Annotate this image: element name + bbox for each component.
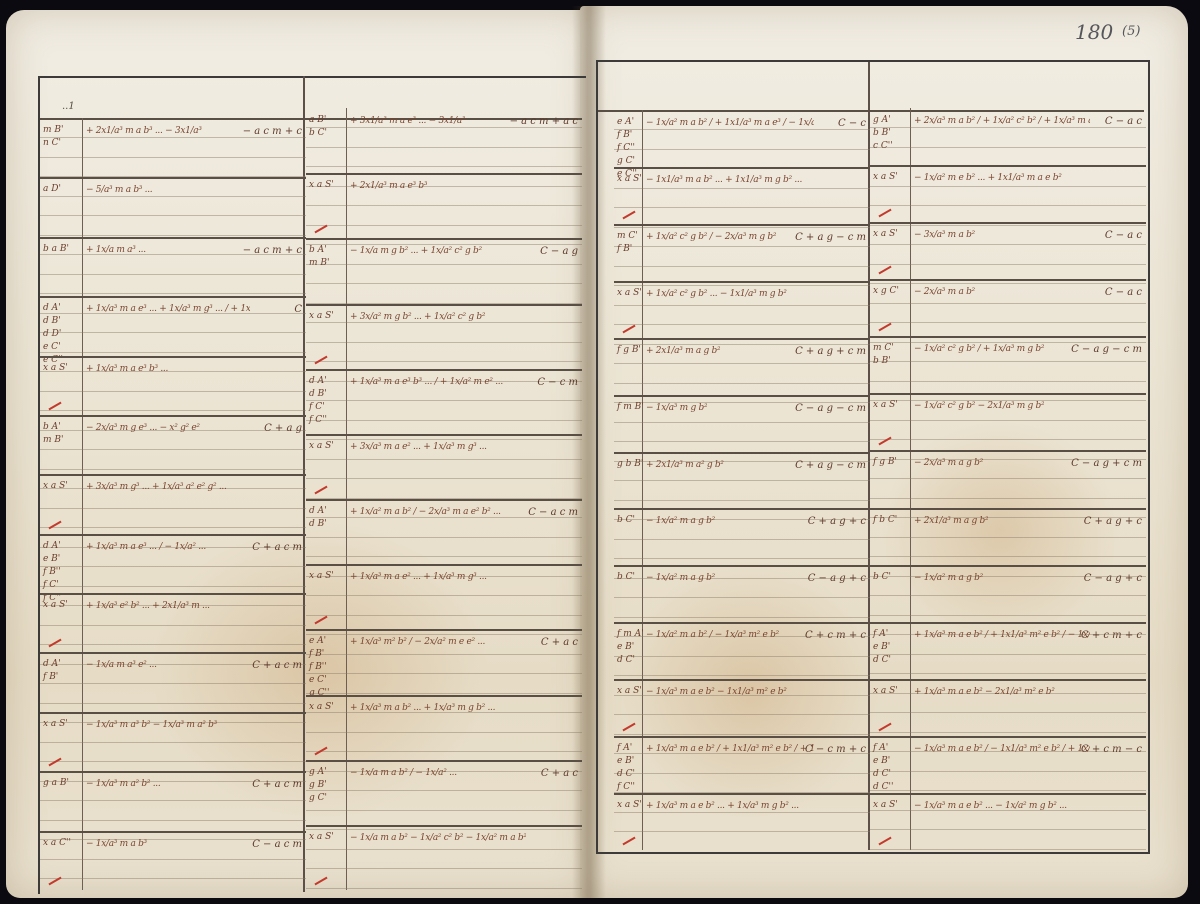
row-expression: + 2x1/a³ m a g b² xyxy=(646,346,720,356)
row-label: f b C' xyxy=(873,514,909,527)
row-expression: + 1x/a³ m a b² ... + 1x/a³ m g b² ... xyxy=(350,703,495,713)
row-label: f m A' e B' d C' xyxy=(617,628,641,667)
row-annotation: C + a g − c m xyxy=(795,232,866,243)
ruled-line xyxy=(614,266,870,267)
ruled-line xyxy=(870,186,1146,187)
row-divider xyxy=(40,771,306,773)
row-annotation: C − a g + c m xyxy=(1071,458,1142,469)
row-divider xyxy=(870,736,1146,738)
row-annotation: C − c m + c xyxy=(805,744,866,755)
ruled-line xyxy=(306,888,582,889)
row-label: x g C' xyxy=(873,285,909,298)
row-annotation: C − c xyxy=(838,118,866,129)
row-label: x a S' xyxy=(309,831,345,844)
row-annotation: C + a c xyxy=(541,637,578,648)
row-expression: + 2x1/a³ m a² g b² xyxy=(646,460,724,470)
ruled-line xyxy=(40,878,306,879)
ruled-line xyxy=(614,714,870,715)
row-divider xyxy=(40,474,306,476)
row-expression: − 1x/a³ m g b² xyxy=(646,403,707,413)
row-label: x a S' xyxy=(43,362,81,375)
ruled-line xyxy=(870,322,1146,323)
row-label: f g B' xyxy=(873,456,909,469)
row-expression: − 1x/a² m a g b² xyxy=(646,516,715,526)
row-divider xyxy=(40,712,306,714)
ruled-line xyxy=(870,361,1146,362)
ruled-line xyxy=(870,849,1146,850)
row-label: g A' g B' g C' xyxy=(309,766,345,805)
ruled-line xyxy=(306,829,582,830)
row-label: e A' f B' f C'' g C' e C'' xyxy=(617,116,641,181)
ruled-line xyxy=(306,400,582,401)
row-annotation: C − a g − c m xyxy=(795,403,866,414)
ruled-line xyxy=(614,441,870,442)
ruled-line xyxy=(614,324,870,325)
row-label: x a S' xyxy=(873,171,909,184)
ruled-line xyxy=(870,244,1146,245)
ruled-line xyxy=(614,305,870,306)
row-divider xyxy=(870,679,1146,681)
row-divider xyxy=(306,695,582,697)
row-expression: − 1x1/a³ m a b² ... + 1x1/a³ m g b² ... xyxy=(646,175,802,185)
row-divider xyxy=(614,452,870,454)
row-divider xyxy=(614,679,870,681)
row-expression: − 1x/a³ m a³ b² − 1x/a³ m a² b³ xyxy=(86,720,217,730)
row-expression: − 2x/a³ m g e³ ... − x² g² e² xyxy=(86,423,200,433)
ruled-line xyxy=(306,205,582,206)
ruled-line xyxy=(306,751,582,752)
page-number: 180 xyxy=(1075,20,1113,44)
row-divider xyxy=(614,224,870,226)
row-expression: + 1x/a m a³ ... xyxy=(86,245,146,255)
row-label: f A' e B' d C' d C'' xyxy=(873,742,909,794)
row-label: x a S' xyxy=(617,173,641,186)
ruled-line xyxy=(614,344,870,345)
row-expression: − 1x/a m a b² − 1x/a² c² b² − 1x/a² m a … xyxy=(350,833,526,843)
ruled-line xyxy=(40,469,306,470)
row-label: x a S' xyxy=(309,440,345,453)
ruled-line xyxy=(614,246,870,247)
ruled-line xyxy=(40,391,306,392)
row-divider xyxy=(614,338,870,340)
ruled-line xyxy=(306,459,582,460)
row-annotation: C − a g − c m xyxy=(1071,344,1142,355)
row-divider xyxy=(614,281,870,283)
row-annotation: C + c m + c xyxy=(805,630,866,641)
row-annotation: C + c m − c xyxy=(1081,744,1142,755)
row-expression: + 3x/a³ m g³ ... + 1x/a³ a² e² g² ... xyxy=(86,482,227,492)
row-expression: + 1x/a³ m a e³ ... + 1x/a³ m g³ ... / + … xyxy=(86,304,250,314)
row-expression: − 1x/a³ m a e b² − 1x1/a³ m² e b² xyxy=(646,687,787,697)
ruled-line xyxy=(306,537,582,538)
row-annotation: C − a c xyxy=(1105,230,1142,241)
ruled-line xyxy=(40,215,306,216)
ruled-line xyxy=(40,625,306,626)
row-label: g A' b B' c C'' xyxy=(873,114,909,153)
row-divider xyxy=(306,760,582,762)
row-label: x a S' xyxy=(617,685,641,698)
row-expression: + 1x/a³ m a e³ ... / − 1x/a² ... xyxy=(86,542,206,552)
ruled-line xyxy=(306,186,582,187)
row-expression: + 1x/a³ m a e³ b³ ... / + 1x/a² m e² ... xyxy=(350,377,503,387)
row-annotation: C − a c m xyxy=(252,839,302,850)
ruled-line xyxy=(40,820,306,821)
ruled-line xyxy=(40,800,306,801)
row-label: d A' d B' f C' f C'' xyxy=(309,375,345,427)
ruled-line xyxy=(870,654,1146,655)
row-expression: − 1x/a² c² g b² − 2x1/a³ m g b² xyxy=(914,401,1044,411)
row-expression: + 1x/a³ m a e b² ... + 1x/a³ m g b² ... xyxy=(646,801,799,811)
ruled-line xyxy=(870,420,1146,421)
row-annotation: C xyxy=(294,304,302,315)
column-divider xyxy=(303,76,305,892)
ruled-line xyxy=(306,147,582,148)
row-divider xyxy=(306,499,582,501)
row-annotation: C + a g + c m xyxy=(795,346,866,357)
row-expression: − 2x/a³ m a g b² xyxy=(914,458,983,468)
ruled-line xyxy=(870,712,1146,713)
row-annotation: C + c m + c xyxy=(1081,630,1142,641)
ruled-line xyxy=(306,127,582,128)
row-annotation: C + a c m xyxy=(252,660,302,671)
row-divider xyxy=(40,831,306,833)
row-label: b C' xyxy=(873,571,909,584)
row-label: x a S' xyxy=(873,799,909,812)
row-divider xyxy=(614,565,870,567)
row-annotation: C + a g − c m xyxy=(795,460,866,471)
ruled-line xyxy=(614,675,870,676)
row-divider xyxy=(306,369,582,371)
ruled-line xyxy=(40,508,306,509)
ruled-line xyxy=(870,595,1146,596)
row-annotation: C − a c xyxy=(1105,116,1142,127)
row-annotation: C + a c xyxy=(541,768,578,779)
ruled-line xyxy=(306,556,582,557)
row-label: x a S' xyxy=(43,599,81,612)
row-expression: + 3x/a³ m a e² ... + 1x/a³ m g³ ... xyxy=(350,442,487,452)
row-expression: + 1x/a² m a b² / − 2x/a³ m a e² b² ... xyxy=(350,507,501,517)
row-expression: − 1x/a² m a g b² xyxy=(646,573,715,583)
row-label: m C' b B' xyxy=(873,342,909,368)
ruled-line xyxy=(614,129,870,130)
ruled-line xyxy=(614,831,870,832)
row-label: x a S' xyxy=(617,287,641,300)
row-divider xyxy=(306,434,582,436)
ruled-line xyxy=(614,149,870,150)
ruled-line xyxy=(614,812,870,813)
ruled-line xyxy=(614,617,870,618)
ruled-line xyxy=(614,539,870,540)
row-divider xyxy=(614,793,870,795)
row-divider xyxy=(614,508,870,510)
page-number-suffix: (5) xyxy=(1122,24,1140,39)
row-divider xyxy=(870,279,1146,281)
ruled-line xyxy=(40,274,306,275)
row-annotation: C − a g + c xyxy=(1084,573,1142,584)
ruled-line xyxy=(614,734,870,735)
ruled-line xyxy=(306,322,582,323)
row-label: f g B' xyxy=(617,344,641,357)
ruled-line xyxy=(40,235,306,236)
ruled-line xyxy=(870,537,1146,538)
row-divider xyxy=(40,534,306,536)
row-expression: + 2x1/a³ m a g b² xyxy=(914,516,988,526)
row-label: m C' f B' xyxy=(617,230,641,256)
row-label: f A' e B' d C' f C'' xyxy=(617,742,641,794)
label-column-divider xyxy=(910,108,911,850)
ruled-line xyxy=(306,732,582,733)
row-divider xyxy=(870,508,1146,510)
row-divider xyxy=(614,395,870,397)
row-divider xyxy=(870,222,1146,224)
ruled-line xyxy=(870,673,1146,674)
row-annotation: C + a g xyxy=(264,423,302,434)
ruled-line xyxy=(40,449,306,450)
row-expression: + 1x/a³ m a e³ b³ ... xyxy=(86,364,168,374)
row-annotation: C − a g xyxy=(540,246,578,257)
row-annotation: C + a g + c xyxy=(1084,516,1142,527)
ruled-line xyxy=(614,422,870,423)
row-expression: + 2x1/a³ m a b³ ... − 3x1/a³ xyxy=(86,126,202,136)
row-divider xyxy=(306,564,582,566)
ruled-line xyxy=(870,342,1146,343)
header-rule xyxy=(598,110,1144,112)
ruled-line xyxy=(306,420,582,421)
ruled-line xyxy=(306,868,582,869)
row-divider xyxy=(40,296,306,298)
row-label: x a S' xyxy=(309,310,345,323)
row-expression: − 1x/a m a b² / − 1x/a² ... xyxy=(350,768,457,778)
ruled-line xyxy=(306,615,582,616)
row-divider xyxy=(306,238,582,240)
row-label: b A' m B' xyxy=(309,244,345,270)
row-expression: + 1x/a³ m² b² / − 2x/a² m e e² ... xyxy=(350,637,485,647)
ruled-line xyxy=(40,527,306,528)
ruled-line xyxy=(870,381,1146,382)
row-expression: − 1x/a³ m a b³ xyxy=(86,839,147,849)
row-divider xyxy=(306,825,582,827)
ruled-line xyxy=(870,478,1146,479)
ruled-line xyxy=(614,285,870,286)
row-divider xyxy=(614,622,870,624)
row-expression: + 1x/a³ m a e b² − 2x1/a³ m² e b² xyxy=(914,687,1055,697)
ruled-line xyxy=(306,439,582,440)
row-divider xyxy=(40,356,306,358)
row-expression: + 1x/a³ e² b² ... + 2x1/a³ m ... xyxy=(86,601,210,611)
ruled-line xyxy=(614,363,870,364)
row-expression: − 1x/a² m a b² / − 1x/a³ m² e b² xyxy=(646,630,779,640)
row-label: x a C'' xyxy=(43,837,81,850)
row-divider xyxy=(306,173,582,175)
row-expression: + 3x/a² m g b² ... + 1x/a² c² g b² xyxy=(350,312,485,322)
ruled-line xyxy=(40,742,306,743)
row-expression: − 1x/a m a³ e² ... xyxy=(86,660,157,670)
row-label: d A' f B' xyxy=(43,658,81,684)
row-annotation: − a c m + c xyxy=(243,245,302,256)
ruled-line xyxy=(40,644,306,645)
row-label: b a B' xyxy=(43,243,81,256)
ruled-line xyxy=(870,790,1146,791)
row-expression: − 5/a³ m a b³ ... xyxy=(86,185,152,195)
ruled-line xyxy=(306,283,582,284)
row-divider xyxy=(870,450,1146,452)
row-expression: + 1x/a³ m a e b² / + 1x1/a³ m² e b² / + … xyxy=(646,744,814,754)
row-expression: − 1x/a³ m a² b² ... xyxy=(86,779,160,789)
row-divider xyxy=(306,304,582,306)
ruled-line xyxy=(306,693,582,694)
ruled-line xyxy=(870,615,1146,616)
ruled-line xyxy=(306,810,582,811)
row-expression: − 1x/a³ m a e b² ... − 1x/a² m g b² ... xyxy=(914,801,1067,811)
row-annotation: − a c m + c xyxy=(243,126,302,137)
row-annotation: C − a g + c xyxy=(808,573,866,584)
row-divider xyxy=(870,622,1146,624)
ruled-line xyxy=(870,303,1146,304)
ruled-line xyxy=(40,703,306,704)
ruled-line xyxy=(870,829,1146,830)
row-divider xyxy=(870,165,1146,167)
row-annotation: C + a c m xyxy=(252,779,302,790)
row-label: x a S' xyxy=(309,179,345,192)
row-label: x a S' xyxy=(873,228,909,241)
row-label: x a S' xyxy=(873,685,909,698)
row-label: b A' m B' xyxy=(43,421,81,447)
row-expression: − 2x/a³ m a b² xyxy=(914,287,975,297)
row-divider xyxy=(40,415,306,417)
ruled-line xyxy=(306,264,582,265)
row-annotation: C − a c xyxy=(1105,287,1142,298)
ruled-line xyxy=(870,147,1146,148)
ruled-line xyxy=(870,205,1146,206)
ruled-line xyxy=(306,166,582,167)
ruled-line xyxy=(870,732,1146,733)
row-expression: + 3x1/a³ m a e³ ... − 3x1/a³ xyxy=(350,116,465,126)
row-label: g a B' xyxy=(43,777,81,790)
row-divider xyxy=(870,565,1146,567)
row-label: e A' f B' f B'' e C' g C'' xyxy=(309,635,345,700)
ruled-line xyxy=(306,595,582,596)
row-label: g b B' xyxy=(617,458,641,471)
ruled-line xyxy=(306,654,582,655)
row-expression: + 1x/a² c² g b² ... − 1x1/a³ m g b² xyxy=(646,289,787,299)
row-expression: + 1x/a³ m a e² ... + 1x/a³ m g³ ... xyxy=(350,572,487,582)
ruled-line xyxy=(40,410,306,411)
ruled-line xyxy=(614,383,870,384)
ruled-line xyxy=(40,157,306,158)
row-expression: − 1x/a m g b² ... + 1x/a² c² g b² xyxy=(350,246,482,256)
row-annotation: − a c m + a c xyxy=(510,116,578,127)
ruled-line xyxy=(306,244,582,245)
row-divider xyxy=(306,629,582,631)
ruled-line xyxy=(306,849,582,850)
row-label: a B' b C' xyxy=(309,114,345,140)
row-divider xyxy=(40,593,306,595)
ruled-line xyxy=(614,227,870,228)
row-divider xyxy=(870,393,1146,395)
row-expression: − 1x/a² m a b² / + 1x1/a³ m a e³ / − 1x/… xyxy=(646,118,814,128)
ruled-line xyxy=(870,127,1146,128)
ruled-line xyxy=(614,500,870,501)
row-label: x a S' xyxy=(309,701,345,714)
row-annotation: C + a g + c xyxy=(808,516,866,527)
row-label: x a S' xyxy=(617,799,641,812)
ruled-line xyxy=(614,656,870,657)
row-expression: + 1x/a² c² g b² / − 2x/a³ m g b² xyxy=(646,232,776,242)
row-label: x a S' xyxy=(309,570,345,583)
row-label: x a S' xyxy=(43,718,81,731)
ruled-line xyxy=(40,293,306,294)
ruled-line xyxy=(870,556,1146,557)
row-label: m B' n C' xyxy=(43,124,81,150)
ruled-line xyxy=(614,558,870,559)
row-expression: + 2x/a³ m a b² / + 1x/a² c² b² / + 1x/a³… xyxy=(914,116,1090,126)
row-label: a D' xyxy=(43,183,81,196)
ruled-line xyxy=(614,207,870,208)
ruled-line xyxy=(40,859,306,860)
row-label: f m B' xyxy=(617,401,641,414)
row-annotation: C + a c m xyxy=(252,542,302,553)
row-expression: + 1x/a³ m a e b² / + 1x1/a³ m² e b² / − … xyxy=(914,630,1090,640)
row-label: b C' xyxy=(617,571,641,584)
ruled-line xyxy=(40,761,306,762)
row-divider xyxy=(40,237,306,239)
row-divider xyxy=(614,736,870,738)
ruled-line xyxy=(614,773,870,774)
row-expression: − 1x/a³ m a e b² / − 1x1/a³ m² e b² / + … xyxy=(914,744,1090,754)
row-divider xyxy=(614,167,870,169)
ruled-line xyxy=(306,342,582,343)
row-expression: − 1x/a² m a g b² xyxy=(914,573,983,583)
ruled-line xyxy=(870,498,1146,499)
row-label: b C' xyxy=(617,514,641,527)
ruled-line xyxy=(614,188,870,189)
row-divider xyxy=(40,652,306,654)
row-expression: − 1x/a² m e b² ... + 1x1/a³ m a e b² xyxy=(914,173,1062,183)
row-divider xyxy=(870,336,1146,338)
ruled-line xyxy=(306,634,582,635)
ruled-line xyxy=(306,790,582,791)
ruled-line xyxy=(306,225,582,226)
row-expression: − 1x/a² c² g b² / + 1x/a³ m g b² xyxy=(914,344,1044,354)
ruled-line xyxy=(306,478,582,479)
ruled-line xyxy=(870,283,1146,284)
row-annotation: C − a c m xyxy=(528,507,578,518)
ruled-line xyxy=(870,771,1146,772)
ruled-line xyxy=(614,597,870,598)
row-label: x a S' xyxy=(43,480,81,493)
ruled-line xyxy=(870,225,1146,226)
row-expression: − 3x/a³ m a b² xyxy=(914,230,975,240)
row-label: d A' d B' xyxy=(309,505,345,531)
row-expression: + 2x1/a³ m a e³ b³ xyxy=(350,181,427,191)
ruled-line xyxy=(614,480,870,481)
ruled-line xyxy=(870,439,1146,440)
row-divider xyxy=(40,177,306,179)
ruled-line xyxy=(306,673,582,674)
row-label: f A' e B' d C' xyxy=(873,628,909,667)
ruled-line xyxy=(306,361,582,362)
row-label: x a S' xyxy=(873,399,909,412)
ruled-line xyxy=(870,264,1146,265)
row-divider xyxy=(870,793,1146,795)
row-annotation: C − c m xyxy=(537,377,578,388)
